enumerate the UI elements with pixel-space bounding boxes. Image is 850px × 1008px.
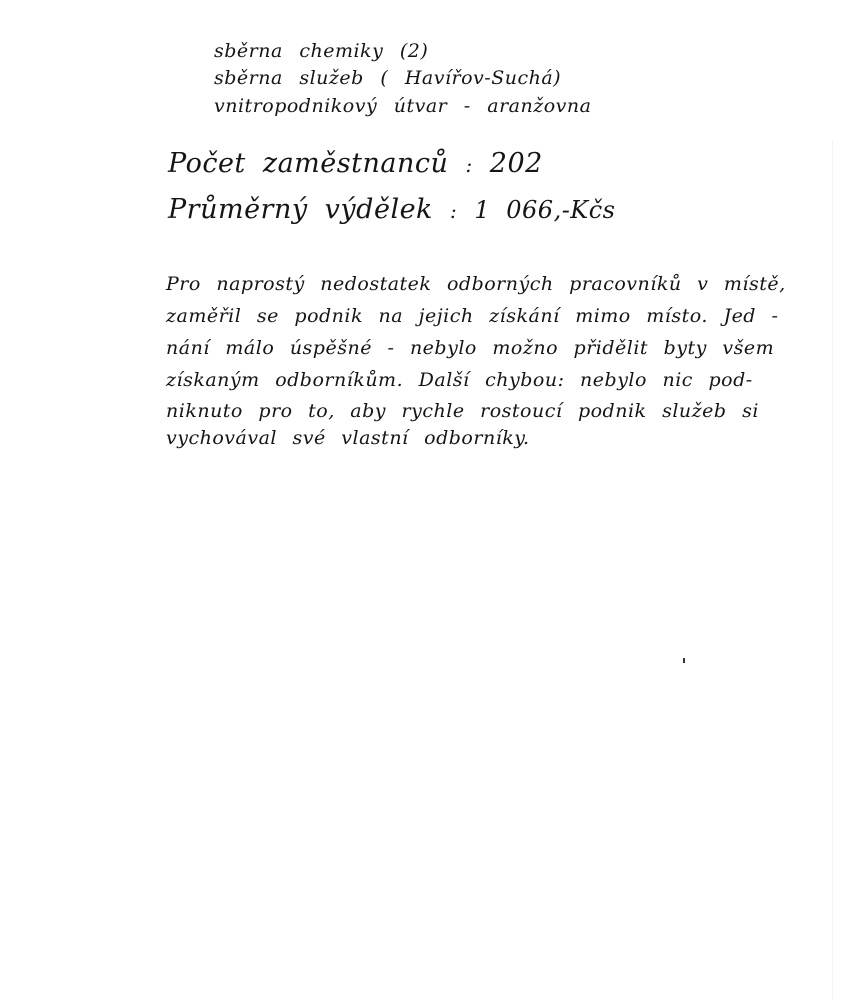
handwritten-page: sběrna chemiky (2) sběrna služeb ( Havíř… <box>0 0 850 1008</box>
average-earnings-value: 1 066,-Kčs <box>474 196 615 224</box>
paragraph-line: zaměřil se podnik na jejich získání mimo… <box>166 305 778 327</box>
average-earnings-line: Průměrný výdělek : 1 066,-Kčs <box>168 194 616 225</box>
paragraph-line: niknuto pro to, aby rychle rostoucí podn… <box>166 400 759 422</box>
scan-edge-line <box>832 140 833 1000</box>
paragraph-line: Pro naprostý nedostatek odborných pracov… <box>166 273 786 295</box>
employee-count-separator: : <box>465 153 472 177</box>
employee-count-value: 202 <box>490 148 543 179</box>
employee-count-label: Počet zaměstnanců <box>168 148 448 179</box>
list-item-collection-chemicals: sběrna chemiky (2) <box>214 40 428 62</box>
list-item-internal-unit: vnitropodnikový útvar - aranžovna <box>214 95 591 117</box>
ink-speck <box>683 658 685 663</box>
paragraph-line: vychovával své vlastní odborníky. <box>166 427 530 449</box>
employee-count-line: Počet zaměstnanců : 202 <box>168 148 543 179</box>
average-earnings-label: Průměrný výdělek <box>168 194 433 225</box>
average-earnings-separator: : <box>450 199 457 223</box>
list-item-collection-services: sběrna služeb ( Havířov-Suchá) <box>214 67 561 89</box>
paragraph-line: získaným odborníkům. Další chybou: nebyl… <box>166 369 753 391</box>
paragraph-line: nání málo úspěšné - nebylo možno přiděli… <box>166 337 774 359</box>
